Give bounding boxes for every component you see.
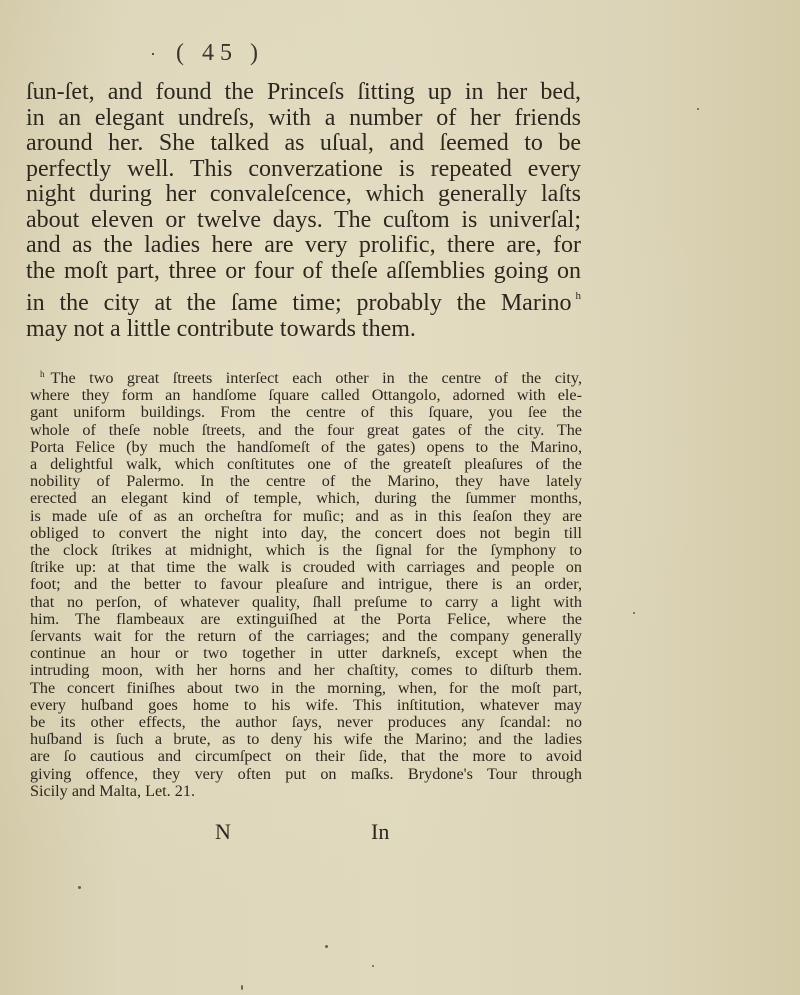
paper-speck — [372, 965, 374, 967]
paper-speck — [633, 612, 635, 614]
footnote-line: Sicily and Malta, Let. 21. — [30, 783, 582, 800]
page-number-text: ( 45 ) — [176, 40, 264, 66]
footnote-line: nobility of Palermo. In the centre of th… — [30, 473, 582, 490]
footnote-line: are ſo cautious and circumſpect on their… — [30, 748, 582, 765]
footnote-line: foot; and the better to favour pleaſure … — [30, 576, 582, 593]
paper-speck — [325, 945, 328, 948]
paper-speck — [697, 108, 699, 110]
footnote-line-first: hThe two great ſtreets interſect each ot… — [30, 366, 582, 387]
main-text-line: in the city at the ſame time; probably t… — [26, 290, 572, 316]
footnote-line: whole of theſe noble ſtreets, and the fo… — [30, 422, 582, 439]
main-text-line: night during her convaleſcence, which ge… — [26, 182, 581, 208]
footnote-line: every huſband goes home to his wife. Thi… — [30, 697, 582, 714]
page-number: ·( 45 ) — [150, 40, 264, 67]
footnote-line: gant uniform buildings. From the centre … — [30, 404, 582, 421]
main-text-line-with-note: in the city at the ſame time; probably t… — [26, 284, 581, 317]
page-number-dot: · — [150, 44, 162, 64]
main-text-line: and as the ladies here are very prolific… — [26, 233, 581, 259]
catchword: In — [371, 819, 389, 845]
signature-mark: N — [215, 819, 231, 845]
footnote-marker: h — [40, 369, 45, 379]
footnote-line: ſervants wait for the return of the carr… — [30, 628, 582, 645]
footnote-line: him. The flambeaux are extinguiſhed at t… — [30, 611, 582, 628]
footnote-reference: h — [576, 290, 582, 302]
footnote-line: continue an hour or two together in utte… — [30, 645, 582, 662]
main-text-line: around her. She talked as uſual, and ſee… — [26, 131, 581, 157]
main-text-block: ſun-ſet, and found the Princeſs ſitting … — [26, 80, 581, 342]
footnote-line: Porta Felice (by much the handſomeſt of … — [30, 439, 582, 456]
main-text-line: the moſt part, three or four of theſe aſ… — [26, 259, 581, 285]
main-text-line: may not a little contribute towards them… — [26, 317, 581, 343]
footnote-line: huſband is ſuch a brute, as to deny his … — [30, 731, 582, 748]
footnote-line: ſtrike up: at that time the walk is crou… — [30, 559, 582, 576]
footnote-line: The concert finiſhes about two in the mo… — [30, 680, 582, 697]
footnote-line: that no perſon, of whatever quality, ſha… — [30, 594, 582, 611]
footnote-line: intruding moon, with her horns and her c… — [30, 662, 582, 679]
footnote-block: hThe two great ſtreets interſect each ot… — [30, 366, 582, 800]
footnote-line: is made uſe of as an orcheſtra for muſic… — [30, 508, 582, 525]
footnote-line: where they form an handſome ſquare calle… — [30, 387, 582, 404]
main-text-line: about eleven or twelve days. The cuſtom … — [26, 208, 581, 234]
footnote-line: the clock ſtrikes at midnight, which is … — [30, 542, 582, 559]
main-text-line: ſun-ſet, and found the Princeſs ſitting … — [26, 80, 581, 106]
footnote-line: obliged to convert the night into day, t… — [30, 525, 582, 542]
paper-speck — [78, 886, 81, 889]
footnote-line: The two great ſtreets interſect each oth… — [51, 369, 583, 387]
main-text-line: in an elegant undreſs, with a number of … — [26, 106, 581, 132]
footnote-line: be its other effects, the author ſays, n… — [30, 714, 582, 731]
main-text-line: perfectly well. This converzatione is re… — [26, 157, 581, 183]
footnote-line: a delightful walk, which conſtitutes one… — [30, 456, 582, 473]
footnote-line: erected an elegant kind of temple, which… — [30, 490, 582, 507]
footnote-line: giving offence, they very often put on m… — [30, 766, 582, 783]
paper-speck — [241, 985, 243, 990]
